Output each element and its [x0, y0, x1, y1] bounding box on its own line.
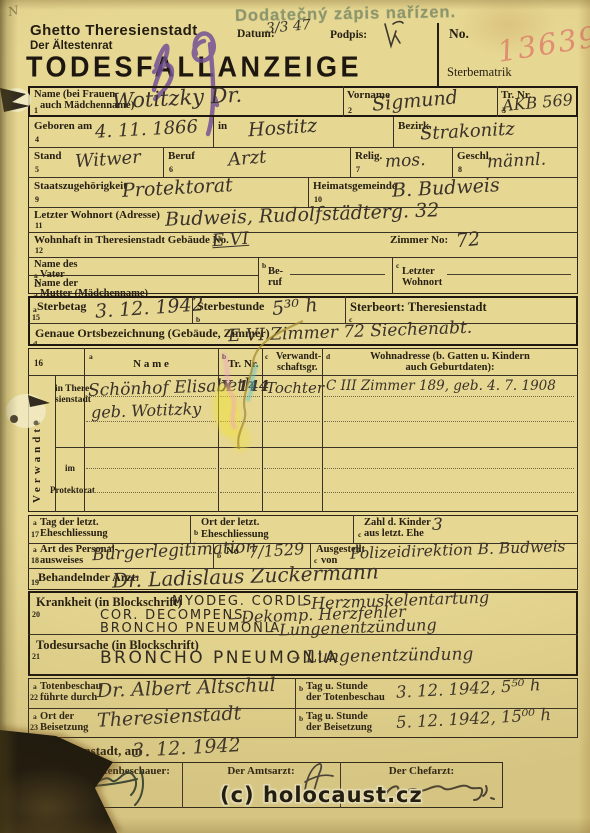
sub-letter: a: [33, 518, 37, 527]
no-label: No.: [449, 26, 469, 41]
krankheit-label: Krankheit (in Blockschrift): [36, 595, 182, 609]
grid-line: [343, 86, 344, 117]
sub-letter: c: [358, 530, 361, 539]
field-number: 19: [31, 578, 39, 587]
grid-line: [308, 177, 309, 207]
beruf-value: Arzt: [227, 146, 267, 170]
field-number: 5: [35, 165, 39, 174]
dotted-rule: [264, 468, 320, 469]
death-notice-document: N Ghetto Theresienstadt Der Ältestenrat …: [0, 0, 590, 833]
gebaeude-value: E VI: [211, 229, 249, 252]
grid-line: [452, 147, 453, 177]
group-label-line: Protektorat: [50, 485, 95, 495]
beschauzeit-label: Tag u. Stunde: [306, 681, 368, 693]
relative-wohnadresse: C III Zimmer 189, geb. 4. 7. 1908: [326, 378, 556, 394]
dotted-rule: [324, 492, 574, 493]
wohnort-label: Letzter Wohnort (Adresse): [34, 209, 160, 221]
geschl-value: männl.: [487, 149, 547, 172]
dotted-rule: [324, 396, 574, 397]
grid-line: [213, 117, 214, 147]
col-wohn-header: Wohnadresse (b. Gatten u. Kindern: [322, 351, 578, 363]
sub-letter: b: [299, 684, 303, 693]
grid-line: [163, 147, 164, 177]
sub-letter: b: [299, 714, 303, 723]
field-number: 15: [32, 313, 40, 322]
kinder-label2: aus letzt. Ehe: [364, 528, 424, 540]
sub-letter: b: [194, 528, 198, 537]
ehetag-label2: Eheschliessung: [40, 528, 108, 540]
watermark: (c) holocaust.cz: [220, 783, 423, 807]
dotted-rule: [86, 468, 216, 469]
stamp-datum-value: 3/3 47: [265, 17, 311, 37]
relig-label: Relig.: [355, 150, 382, 162]
wohnort-col-label: Letzter: [402, 266, 435, 278]
grid-line: [190, 515, 191, 543]
zimmer-label: Zimmer No:: [390, 234, 448, 246]
sterbematrik-number: 13639: [495, 19, 590, 69]
gebaeude-label: Wohnhaft in Theresienstadt Gebäude No.: [34, 234, 229, 246]
field-number: 11: [35, 221, 43, 230]
ehetag-label: Tag der letzt.: [40, 517, 99, 529]
grid-line: [28, 257, 578, 258]
geboren-in-label: in: [218, 120, 227, 132]
stamp-podpis-label: Podpis:: [330, 29, 367, 42]
beruf-col-label: Be-: [268, 266, 283, 278]
grid-line: [393, 117, 394, 147]
crayon-marks: [185, 315, 315, 465]
field-number: 16: [34, 358, 43, 368]
group-protektorat-label: im Protektorat: [50, 458, 90, 501]
kinder-value: 3: [432, 515, 443, 535]
sub-letter: b: [262, 261, 266, 270]
zimmer-value: 72: [455, 228, 481, 252]
sterbestunde-label: Sterbestunde: [197, 300, 264, 313]
ausweis-label2: ausweises: [40, 555, 83, 567]
beschauzeit-label2: der Totenbeschau: [306, 692, 385, 704]
dotted-rule: [86, 492, 216, 493]
totenbeschau-label: Totenbeschau: [40, 681, 101, 693]
ausweisno-label: No: [226, 546, 239, 558]
field-number: 12: [35, 246, 43, 255]
sterbetag-label: Sterbetag: [37, 300, 86, 313]
sub-letter: a: [33, 712, 37, 721]
totenbeschau-label2: führte durch: [40, 692, 97, 704]
sub-letter: a: [33, 545, 37, 554]
dotted-rule: [324, 421, 574, 422]
field-number: 9: [35, 195, 39, 204]
sub-letter: b: [217, 551, 221, 560]
ochre-ink-squiggle: [238, 321, 303, 449]
sterbeort-label: Sterbeort: Theresienstadt: [350, 300, 487, 314]
field-number: 18: [31, 556, 39, 565]
field-number: 17: [31, 530, 39, 539]
ausweisno-value: 7/1529: [247, 539, 304, 562]
grid-line: [350, 147, 351, 177]
beisetzung-ort-label: Ort der: [40, 711, 74, 723]
group-label-line: im: [65, 463, 75, 473]
beisetzzeit-label2: der Beisetzung: [306, 722, 372, 734]
pencil-mark-top: N: [7, 3, 20, 19]
dotted-rule: [220, 468, 260, 469]
field-number: 20: [32, 610, 40, 619]
grid-line: [345, 296, 346, 323]
paper-tear-mid-left: [2, 383, 64, 439]
beruf-col-label2: ruf: [268, 277, 282, 289]
dotted-rule: [220, 492, 260, 493]
dotted-rule: [264, 492, 320, 493]
todesursache-hand: – Lungenentzündung: [292, 644, 474, 667]
beruf-label: Beruf: [168, 150, 195, 162]
heimat-label: Heimatsgemeinde: [313, 180, 397, 192]
field-number: 2: [348, 106, 352, 115]
field-number: 22: [30, 693, 38, 702]
stamp-signature-mark: [378, 16, 414, 56]
sub-letter: d: [33, 339, 37, 348]
paper-tear-top-left: [0, 78, 52, 122]
beisetzzeit-label: Tag u. Stunde: [306, 711, 368, 723]
header-divider: [437, 23, 439, 86]
field-number: 4: [35, 135, 39, 144]
grid-line: [497, 86, 498, 117]
dotted-rule: [324, 468, 574, 469]
eheort-label: Ort der letzt.: [201, 517, 259, 529]
sub-letter: a: [33, 682, 37, 691]
fill-line: [447, 274, 571, 275]
staat-label: Staatszugehörigkeit: [34, 180, 127, 192]
relig-value: mos.: [385, 150, 426, 172]
grid-line: [295, 678, 296, 738]
field-number: 6: [169, 165, 173, 174]
kinder-label: Zahl d. Kinder: [364, 517, 431, 529]
folded-corner-bottom-left: [0, 722, 200, 833]
wohnort-col-label2: Wohnort: [402, 277, 442, 289]
grid-line: [392, 257, 393, 294]
stand-label: Stand: [34, 150, 62, 162]
fill-line: [290, 274, 385, 275]
org-subname: Der Ältestenrat: [30, 40, 112, 52]
field-number: 21: [32, 652, 40, 661]
col-wohn-header2: auch Geburtdaten):: [322, 362, 578, 374]
sub-letter: c: [396, 261, 399, 270]
krankheit-block-3: BRONCHO PNEUMONIA: [100, 621, 281, 636]
grid-line: [353, 515, 354, 543]
grid-line: [55, 447, 578, 448]
grid-line: [258, 257, 259, 294]
field-number: 8: [458, 165, 462, 174]
field-number: 7: [356, 165, 360, 174]
